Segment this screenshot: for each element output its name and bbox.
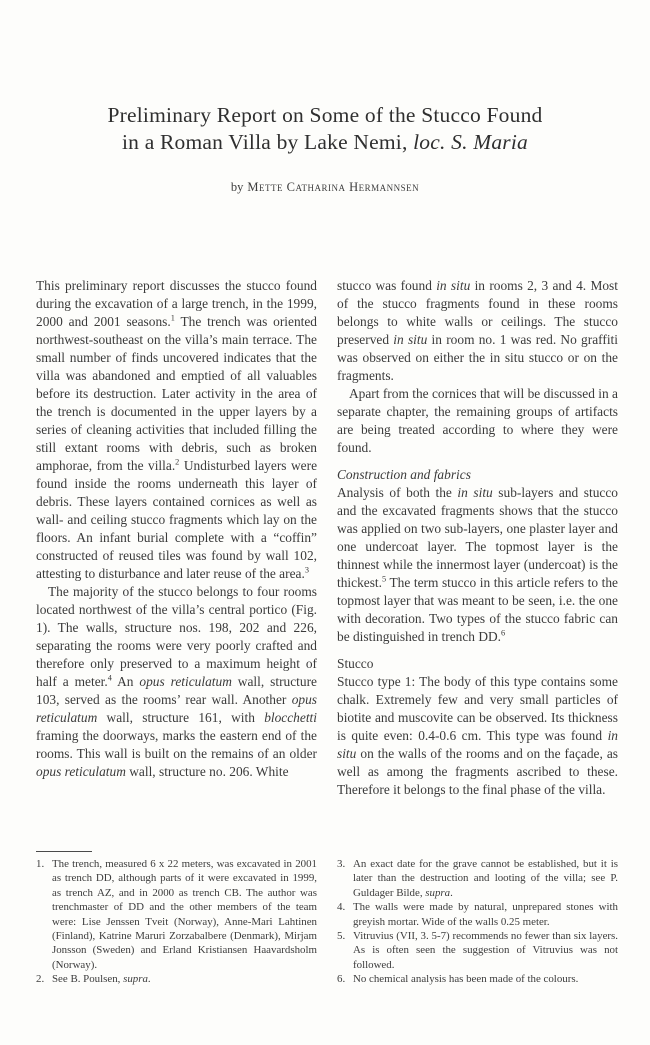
text-run: Construction and fabrics — [337, 467, 471, 482]
text-run: . — [148, 973, 151, 985]
footnote-number: 4. — [337, 900, 353, 929]
article-title: Preliminary Report on Some of the Stucco… — [0, 102, 650, 156]
text-run: wall, structure no. 206. White — [126, 764, 289, 779]
left-column: This preliminary report discusses the st… — [36, 277, 317, 799]
text-run: No chemical analysis has been made of th… — [353, 973, 578, 985]
italic-text-run: in situ — [393, 332, 427, 347]
footnote: 2.See B. Poulsen, supra. — [36, 972, 317, 986]
text-run: See B. Poulsen, — [52, 973, 123, 985]
title-line-1: Preliminary Report on Some of the Stucco… — [0, 102, 650, 129]
text-run: . — [450, 887, 453, 899]
italic-text-run: supra — [123, 973, 148, 985]
footnote: 5.Vitruvius (VII, 3. 5-7) recommends no … — [337, 929, 618, 972]
italic-text-run: in situ — [436, 278, 470, 293]
italic-text-run: in situ — [457, 485, 492, 500]
scanned-paper-page: Preliminary Report on Some of the Stucco… — [0, 0, 650, 1045]
byline-prefix: by — [231, 180, 244, 194]
body-paragraph: Apart from the cornices that will be dis… — [337, 385, 618, 457]
footnote-ref: 6 — [501, 629, 505, 638]
body-paragraph: This preliminary report discusses the st… — [36, 277, 317, 583]
footnote-text: An exact date for the grave cannot be es… — [353, 857, 618, 900]
footnote-text: No chemical analysis has been made of th… — [353, 972, 618, 986]
text-run: An exact date for the grave cannot be es… — [353, 858, 618, 899]
text-run: in a Roman Villa by Lake Nemi, — [122, 130, 413, 154]
body-paragraph: Analysis of both the in situ sub-layers … — [337, 484, 618, 646]
text-run: The trench was oriented northwest-southe… — [36, 314, 317, 473]
author-name: Mette Catharina Hermannsen — [247, 180, 419, 194]
text-run: Stucco type 1: The body of this type con… — [337, 674, 618, 743]
footnote-number: 1. — [36, 857, 52, 972]
footnote: 4.The walls were made by natural, unprep… — [337, 900, 618, 929]
text-run: framing the doorways, marks the eastern … — [36, 728, 317, 761]
footnote-number: 2. — [36, 972, 52, 986]
text-run: Analysis of both the — [337, 485, 457, 500]
italic-text-run: opus reticulatum — [139, 674, 231, 689]
footnote-separator-rule — [36, 851, 92, 852]
footnote-ref: 3 — [305, 566, 309, 575]
footnote-number: 6. — [337, 972, 353, 986]
text-run: wall, structure 161, with — [97, 710, 264, 725]
text-run: on the walls of the rooms and on the faç… — [337, 746, 618, 797]
byline: byMette Catharina Hermannsen — [0, 180, 650, 195]
text-run: An — [112, 674, 140, 689]
body-paragraph: stucco was found in situ in rooms 2, 3 a… — [337, 277, 618, 385]
footnote-text: The trench, measured 6 x 22 meters, was … — [52, 857, 317, 972]
footnote-text: The walls were made by natural, unprepar… — [353, 900, 618, 929]
section-heading: Stucco — [337, 655, 618, 673]
text-run: Stucco — [337, 656, 373, 671]
italic-text-run: blocchetti — [264, 710, 317, 725]
body-paragraph: Stucco type 1: The body of this type con… — [337, 673, 618, 799]
right-column: stucco was found in situ in rooms 2, 3 a… — [337, 277, 618, 799]
italic-text-run: loc. S. Maria — [413, 130, 528, 154]
text-run: Apart from the cornices that will be dis… — [337, 386, 618, 455]
text-run: The walls were made by natural, unprepar… — [353, 901, 618, 927]
footnotes-section: 1.The trench, measured 6 x 22 meters, wa… — [36, 857, 618, 987]
footnote-number: 5. — [337, 929, 353, 972]
footnotes-right-column: 3.An exact date for the grave cannot be … — [337, 857, 618, 987]
footnote-text: Vitruvius (VII, 3. 5-7) recommends no fe… — [353, 929, 618, 972]
section-heading: Construction and fabrics — [337, 466, 618, 484]
text-run: Undisturbed layers were found inside the… — [36, 458, 317, 581]
footnotes-left-column: 1.The trench, measured 6 x 22 meters, wa… — [36, 857, 317, 987]
body-columns: This preliminary report discusses the st… — [36, 277, 618, 799]
text-run: Vitruvius (VII, 3. 5-7) recommends no fe… — [353, 930, 618, 971]
title-line-2: in a Roman Villa by Lake Nemi, loc. S. M… — [0, 129, 650, 156]
italic-text-run: supra — [425, 887, 450, 899]
footnote: 6.No chemical analysis has been made of … — [337, 972, 618, 986]
text-run: The trench, measured 6 x 22 meters, was … — [52, 858, 317, 971]
body-paragraph: The majority of the stucco belongs to fo… — [36, 583, 317, 781]
text-run: stucco was found — [337, 278, 436, 293]
footnote: 1.The trench, measured 6 x 22 meters, wa… — [36, 857, 317, 972]
footnote-text: See B. Poulsen, supra. — [52, 972, 317, 986]
footnote-number: 3. — [337, 857, 353, 900]
italic-text-run: opus reticulatum — [36, 764, 126, 779]
footnote: 3.An exact date for the grave cannot be … — [337, 857, 618, 900]
